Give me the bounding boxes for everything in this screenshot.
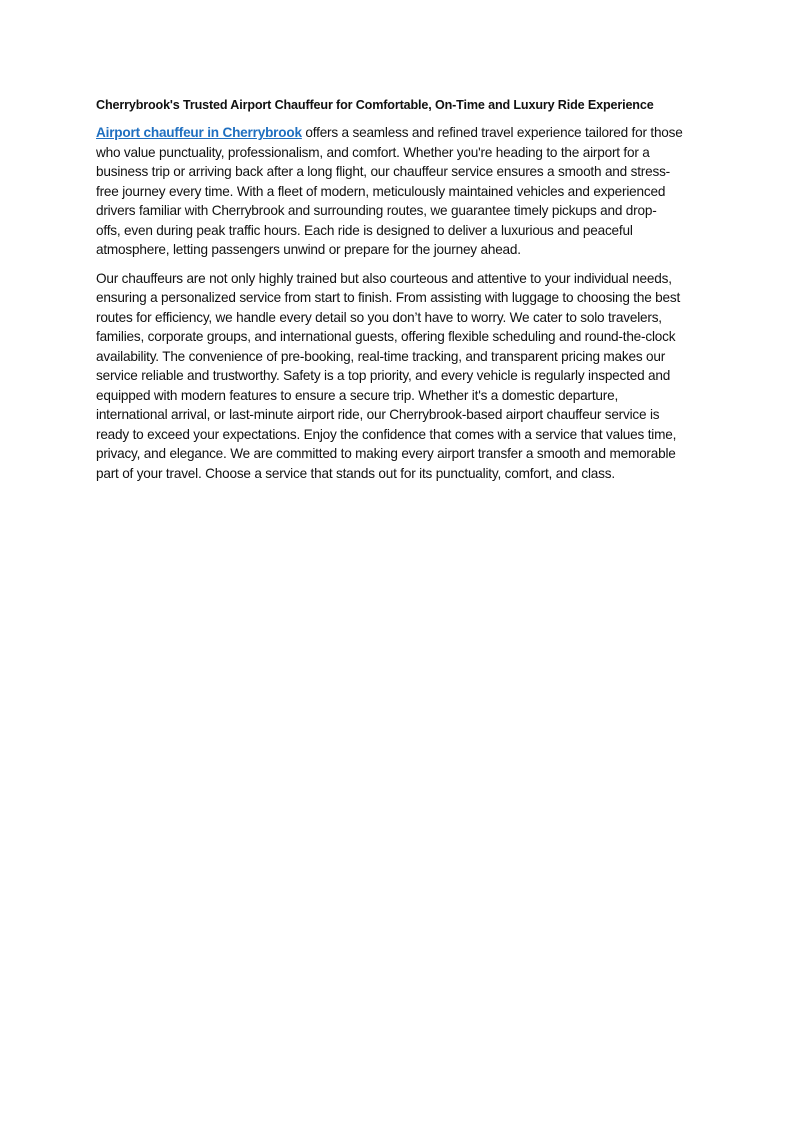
airport-chauffeur-link[interactable]: Airport chauffeur in Cherrybrook: [96, 125, 302, 140]
paragraph-line: availability. The convenience of pre-boo…: [96, 347, 696, 367]
paragraph-line: drivers familiar with Cherrybrook and su…: [96, 201, 696, 221]
paragraph-line: Our chauffeurs are not only highly train…: [96, 269, 696, 289]
paragraph-line: routes for efficiency, we handle every d…: [96, 308, 696, 328]
paragraph-line: ensuring a personalized service from sta…: [96, 288, 696, 308]
paragraph-line: offs, even during peak traffic hours. Ea…: [96, 221, 696, 241]
paragraph-line: atmosphere, letting passengers unwind or…: [96, 240, 696, 260]
paragraph-line: service reliable and trustworthy. Safety…: [96, 366, 696, 386]
document-page: Cherrybrook's Trusted Airport Chauffeur …: [96, 96, 696, 492]
paragraph-line: international arrival, or last-minute ai…: [96, 405, 696, 425]
paragraph-line: free journey every time. With a fleet of…: [96, 182, 696, 202]
paragraph-line: ready to exceed your expectations. Enjoy…: [96, 425, 696, 445]
paragraph-line: who value punctuality, professionalism, …: [96, 143, 696, 163]
paragraph-line: privacy, and elegance. We are committed …: [96, 444, 696, 464]
paragraph-line: business trip or arriving back after a l…: [96, 162, 696, 182]
paragraph-line: equipped with modern features to ensure …: [96, 386, 696, 406]
paragraph-line: part of your travel. Choose a service th…: [96, 464, 696, 484]
paragraph-details: Our chauffeurs are not only highly train…: [96, 269, 696, 484]
paragraph-line: Airport chauffeur in Cherrybrook offers …: [96, 123, 696, 143]
paragraph-line-text: offers a seamless and refined travel exp…: [302, 125, 683, 140]
paragraph-line: families, corporate groups, and internat…: [96, 327, 696, 347]
paragraph-intro: Airport chauffeur in Cherrybrook offers …: [96, 123, 696, 260]
document-title: Cherrybrook's Trusted Airport Chauffeur …: [96, 96, 696, 114]
